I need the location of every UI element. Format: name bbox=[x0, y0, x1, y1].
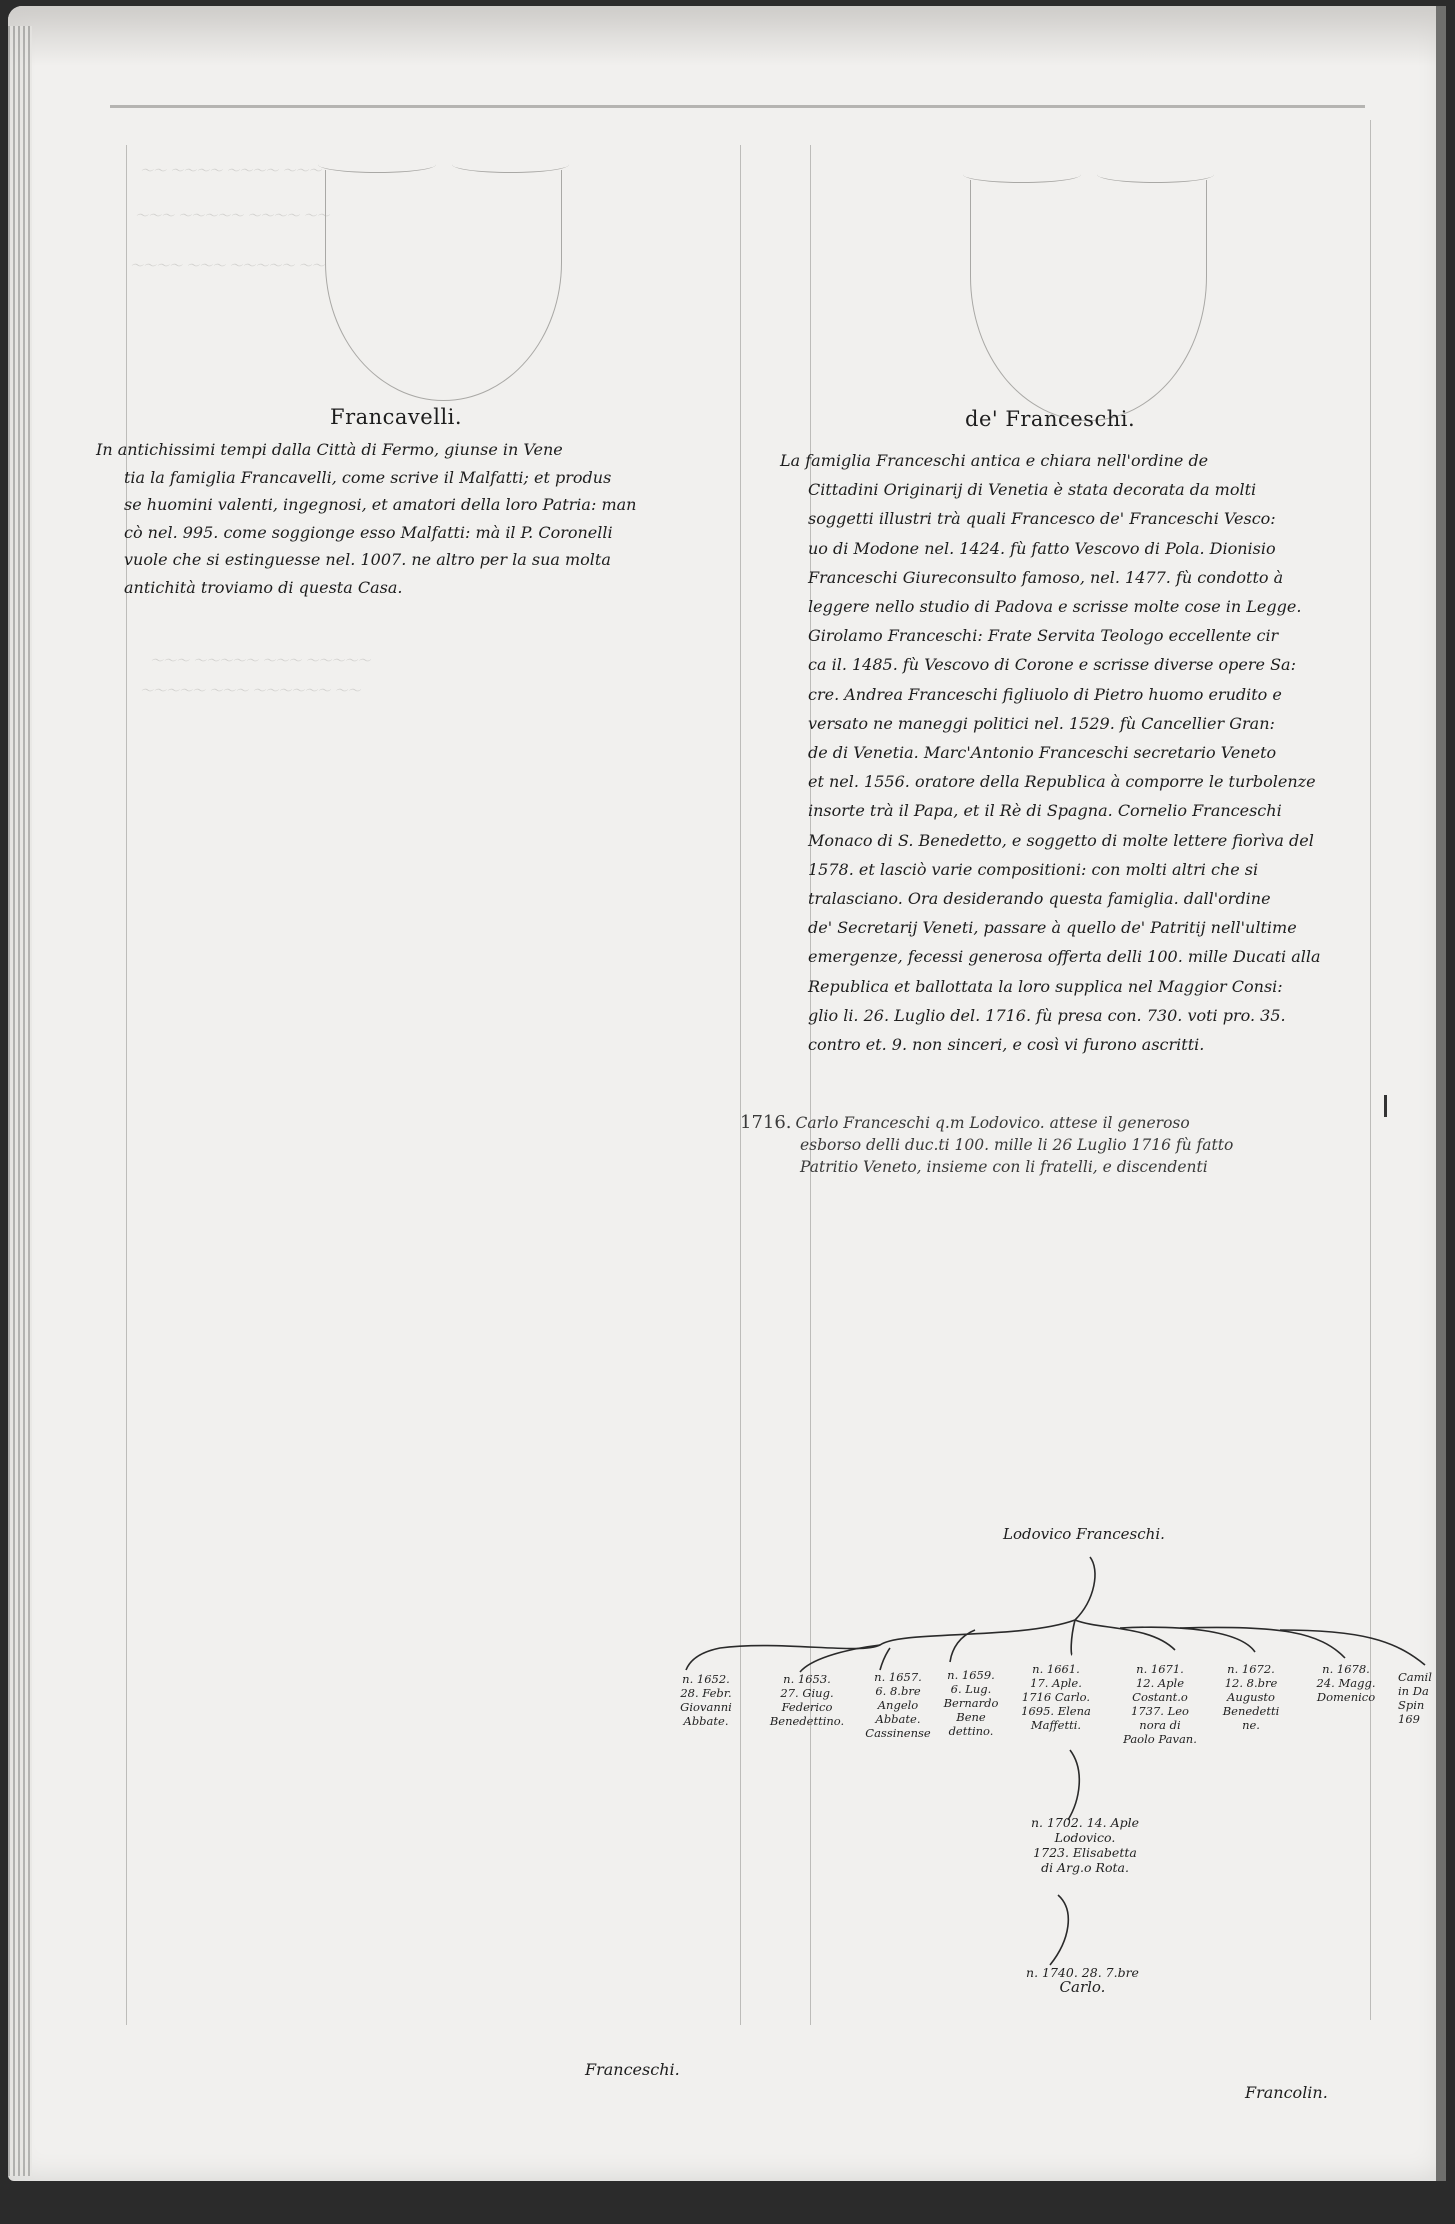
child-line: 1695. Elena bbox=[1010, 1704, 1102, 1718]
child-line: Domenico bbox=[1308, 1690, 1384, 1704]
tree-child: n. 1678. 24. Magg. Domenico bbox=[1308, 1662, 1384, 1704]
tree-root-name: Lodovico Franceschi. bbox=[1003, 1525, 1165, 1543]
tree-child: n. 1659. 6. Lug. Bernardo Bene dettino. bbox=[935, 1668, 1007, 1738]
child-line: nora di bbox=[1115, 1718, 1205, 1732]
page-top-grime bbox=[8, 6, 1446, 66]
tree-child: n. 1653. 27. Giug. Federico Benedettino. bbox=[762, 1672, 852, 1728]
child-line: Benedettino. bbox=[762, 1714, 852, 1728]
text-line: contro et. 9. non sinceri, e così vi fur… bbox=[780, 1030, 1380, 1059]
text-line: ca il. 1485. fù Vescovo di Corone e scri… bbox=[780, 650, 1380, 679]
tree-great-grandchild-carlo: n. 1740. 28. 7.bre Carlo. bbox=[1010, 1965, 1155, 1995]
child-line: ne. bbox=[1215, 1718, 1287, 1732]
ruled-line-center-right bbox=[810, 145, 811, 2025]
tree-child: n. 1671. 12. Aple Costant.o 1737. Leo no… bbox=[1115, 1662, 1205, 1746]
text-line: emergenze, fecessi generosa offerta dell… bbox=[780, 942, 1380, 971]
child-line: 28. Febr. bbox=[660, 1686, 752, 1700]
child-line: Bernardo bbox=[935, 1696, 1007, 1710]
child-line: 1716 Carlo. bbox=[1010, 1690, 1102, 1704]
child-line: 12. 8.bre bbox=[1215, 1676, 1287, 1690]
child-line: Abbate. bbox=[858, 1712, 938, 1726]
text-line: cre. Andrea Franceschi figliuolo di Piet… bbox=[780, 680, 1380, 709]
family-title-francavelli: Francavelli. bbox=[330, 405, 462, 429]
text-line: soggetti illustri trà quali Francesco de… bbox=[780, 504, 1380, 533]
child-line: 12. Aple bbox=[1115, 1676, 1205, 1690]
ruled-line-center-left bbox=[740, 145, 741, 2025]
text-line: La famiglia Franceschi antica e chiara n… bbox=[780, 446, 1380, 475]
child-line: in Da bbox=[1398, 1684, 1438, 1698]
grandchild-line: di Arg.o Rota. bbox=[1010, 1860, 1160, 1875]
child-line: n. 1672. bbox=[1215, 1662, 1287, 1676]
child-line: Paolo Pavan. bbox=[1115, 1732, 1205, 1746]
tree-child: n. 1652. 28. Febr. Giovanni Abbate. bbox=[660, 1672, 752, 1728]
text-line: In antichissimi tempi dalla Città di Fer… bbox=[96, 436, 716, 464]
child-line: Angelo bbox=[858, 1698, 938, 1712]
child-line: n. 1671. bbox=[1115, 1662, 1205, 1676]
ruled-line-right bbox=[1370, 120, 1371, 2020]
family-title-franceschi: de' Franceschi. bbox=[965, 407, 1135, 431]
note-year: 1716. bbox=[740, 1112, 792, 1133]
note-line-text: Carlo Franceschi q.m Lodovico. attese il… bbox=[796, 1114, 1190, 1132]
child-line: Benedetti bbox=[1215, 1704, 1287, 1718]
child-line: Spin bbox=[1398, 1698, 1438, 1712]
francavelli-text: In antichissimi tempi dalla Città di Fer… bbox=[96, 436, 716, 601]
text-line: Franceschi Giureconsulto famoso, nel. 14… bbox=[780, 563, 1380, 592]
margin-ink-mark bbox=[1384, 1095, 1387, 1117]
grandchild-line: 1723. Elisabetta bbox=[1010, 1845, 1160, 1860]
bleedthrough-text: ～～～ ～～～～～ ～～～ ～～～～～ bbox=[150, 650, 370, 669]
grandchild-line: Lodovico. bbox=[1010, 1830, 1160, 1845]
child-line: 169 bbox=[1398, 1712, 1438, 1726]
text-line: tia la famiglia Francavelli, come scrive… bbox=[96, 464, 716, 492]
text-line: et nel. 1556. oratore della Republica à … bbox=[780, 767, 1380, 796]
child-line: Camil bbox=[1398, 1670, 1438, 1684]
text-line: glio li. 26. Luglio del. 1716. fù presa … bbox=[780, 1001, 1380, 1030]
child-line: Giovanni bbox=[660, 1700, 752, 1714]
text-line: vuole che si estinguesse nel. 1007. ne a… bbox=[96, 546, 716, 574]
child-line: Costant.o bbox=[1115, 1690, 1205, 1704]
child-line: n. 1652. bbox=[660, 1672, 752, 1686]
child-line: 6. Lug. bbox=[935, 1682, 1007, 1696]
child-line: Bene bbox=[935, 1710, 1007, 1724]
child-line: 27. Giug. bbox=[762, 1686, 852, 1700]
text-line: de di Venetia. Marc'Antonio Franceschi s… bbox=[780, 738, 1380, 767]
child-line: 1737. Leo bbox=[1115, 1704, 1205, 1718]
grandchild-line: n. 1702. 14. Aple bbox=[1010, 1815, 1160, 1830]
note-line: Patritio Veneto, insieme con li fratelli… bbox=[740, 1156, 1380, 1178]
child-line: Augusto bbox=[1215, 1690, 1287, 1704]
child-line: Federico bbox=[762, 1700, 852, 1714]
page-stack-edge-left bbox=[8, 26, 32, 2176]
bleedthrough-text: ～～ ～～～～ ～～～～ ～～～ bbox=[140, 160, 321, 179]
child-line: n. 1678. bbox=[1308, 1662, 1384, 1676]
text-line: leggere nello studio di Padova e scrisse… bbox=[780, 592, 1380, 621]
child-line: n. 1653. bbox=[762, 1672, 852, 1686]
catchword-right: Francolin. bbox=[1245, 2083, 1328, 2102]
child-line: dettino. bbox=[935, 1724, 1007, 1738]
text-line: insorte trà il Papa, et il Rè di Spagna.… bbox=[780, 796, 1380, 825]
child-line: 17. Aple. bbox=[1010, 1676, 1102, 1690]
tree-child-carlo: n. 1661. 17. Aple. 1716 Carlo. 1695. Ele… bbox=[1010, 1662, 1102, 1732]
child-line: n. 1661. bbox=[1010, 1662, 1102, 1676]
note-1716: 1716.Carlo Franceschi q.m Lodovico. atte… bbox=[740, 1112, 1380, 1178]
ruled-line-left bbox=[126, 145, 127, 2025]
text-line: Republica et ballottata la loro supplica… bbox=[780, 972, 1380, 1001]
child-line: Maffetti. bbox=[1010, 1718, 1102, 1732]
text-line: se huomini valenti, ingegnosi, et amator… bbox=[96, 491, 716, 519]
tree-child: n. 1672. 12. 8.bre Augusto Benedetti ne. bbox=[1215, 1662, 1287, 1732]
tree-child: n. 1657. 6. 8.bre Angelo Abbate. Cassine… bbox=[858, 1670, 938, 1740]
franceschi-text: La famiglia Franceschi antica e chiara n… bbox=[780, 446, 1380, 1059]
ruled-frame-top bbox=[110, 105, 1365, 108]
text-line: antichità troviamo di questa Casa. bbox=[96, 574, 716, 602]
text-line: Girolamo Franceschi: Frate Servita Teolo… bbox=[780, 621, 1380, 650]
great-grandchild-line: Carlo. bbox=[1010, 1980, 1155, 1995]
manuscript-page bbox=[8, 6, 1446, 2181]
tree-child-cut-off: Camil in Da Spin 169 bbox=[1398, 1670, 1438, 1726]
text-line: Monaco di S. Benedetto, e soggetto di mo… bbox=[780, 826, 1380, 855]
text-line: uo di Modone nel. 1424. fù fatto Vescovo… bbox=[780, 534, 1380, 563]
child-line: n. 1657. bbox=[858, 1670, 938, 1684]
text-line: tralasciano. Ora desiderando questa fami… bbox=[780, 884, 1380, 913]
child-line: n. 1659. bbox=[935, 1668, 1007, 1682]
note-line: 1716.Carlo Franceschi q.m Lodovico. atte… bbox=[740, 1112, 1380, 1134]
text-line: de' Secretarij Veneti, passare à quello … bbox=[780, 913, 1380, 942]
note-line: esborso delli duc.ti 100. mille li 26 Lu… bbox=[740, 1134, 1380, 1156]
catchword-left: Franceschi. bbox=[585, 2060, 680, 2079]
bleedthrough-text: ～～～～～ ～～～ ～～～～～～ ～～ bbox=[140, 680, 360, 699]
child-line: 24. Magg. bbox=[1308, 1676, 1384, 1690]
child-line: Cassinense bbox=[858, 1726, 938, 1740]
child-line: Abbate. bbox=[660, 1714, 752, 1728]
text-line: Cittadini Originarij di Venetia è stata … bbox=[780, 475, 1380, 504]
page-edge-right bbox=[1436, 6, 1446, 2181]
text-line: 1578. et lasciò varie compositioni: con … bbox=[780, 855, 1380, 884]
tree-grandchild-lodovico: n. 1702. 14. Aple Lodovico. 1723. Elisab… bbox=[1010, 1815, 1160, 1875]
text-line: versato ne maneggi politici nel. 1529. f… bbox=[780, 709, 1380, 738]
bleedthrough-text: ～～～ ～～～～～ ～～～～ ～～ bbox=[135, 205, 329, 224]
child-line: 6. 8.bre bbox=[858, 1684, 938, 1698]
bleedthrough-text: ～～～～ ～～～ ～～～～～ ～～ bbox=[130, 255, 324, 274]
text-line: cò nel. 995. come soggionge esso Malfatt… bbox=[96, 519, 716, 547]
